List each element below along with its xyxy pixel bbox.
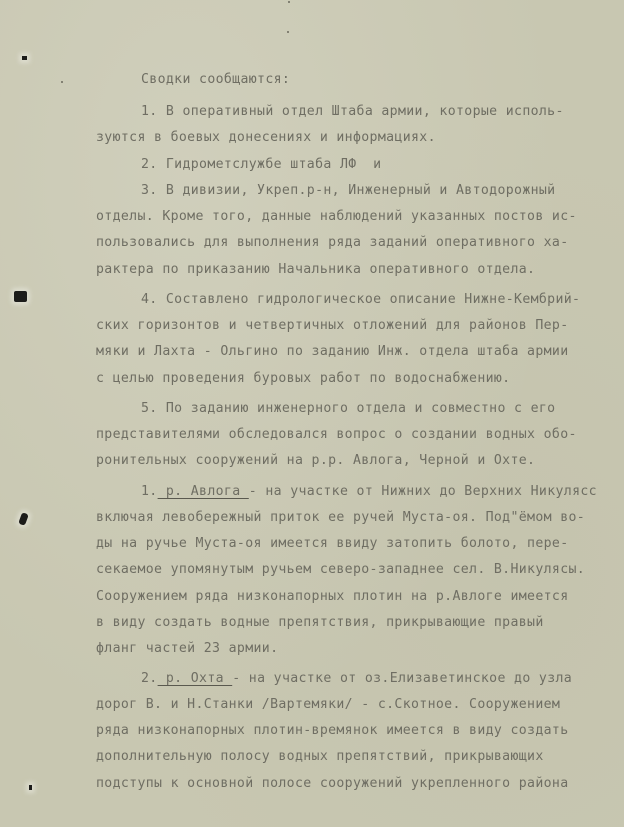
binder-hole-mark — [14, 291, 27, 302]
text-line: с целью проведения буровых работ по водо… — [96, 371, 510, 387]
text-line: рактера по приказанию Начальника операти… — [96, 262, 535, 278]
text-line: ских горизонтов и четвертичных отложений… — [96, 318, 569, 334]
paper-speck — [287, 31, 289, 33]
text-line: дополнительную полосу водных препятствий… — [96, 749, 544, 765]
text-line: 4. Составлено гидрологическое описание Н… — [141, 292, 580, 308]
text-line: дорог В. и Н.Станки /Вартемяки/ - с.Скот… — [96, 697, 560, 713]
text-line: Сооружением ряда низконапорных плотин на… — [96, 589, 569, 605]
text-line: отделы. Кроме того, данные наблюдений ук… — [96, 209, 577, 225]
text-line: 5. По заданию инженерного отдела и совме… — [141, 401, 555, 417]
section-heading-river-avloga: р. Авлога — [158, 484, 249, 499]
text-line: ды на ручье Муста-оя имеется ввиду затоп… — [96, 536, 569, 552]
section-number: 1. — [141, 484, 158, 499]
paper-speck — [288, 1, 290, 3]
section-2-heading-line: 2. р. Охта - на участке от оз.Елизаветин… — [141, 671, 572, 687]
section-number: 2. — [141, 671, 158, 686]
section-heading-river-okhta: р. Охта — [158, 671, 233, 686]
binder-hole-mark — [29, 785, 32, 790]
section-1-heading-line: 1. р. Авлога - на участке от Нижних до В… — [141, 484, 597, 500]
text-line: зуются в боевых донесениях и информациях… — [96, 130, 436, 146]
paper-speck — [61, 81, 63, 83]
section-text: - на участке от Нижних до Верхних Никуля… — [249, 484, 597, 499]
text-line: включая левобережный приток ее ручей Мус… — [96, 510, 585, 526]
text-line: пользовались для выполнения ряда заданий… — [96, 235, 569, 251]
scanned-document-page: Сводки сообщаются: 1. В оперативный отде… — [0, 0, 624, 827]
text-line: в виду создать водные препятствия, прикр… — [96, 615, 544, 631]
text-line: представителями обследовался вопрос о со… — [96, 427, 577, 443]
text-line: мяки и Лахта - Ольгино по заданию Инж. о… — [96, 344, 569, 360]
text-line: 1. В оперативный отдел Штаба армии, кото… — [141, 104, 564, 120]
text-line: секаемое упомянутым ручьем северо-западн… — [96, 562, 585, 578]
intro-line: Сводки сообщаются: — [141, 72, 290, 88]
binder-hole-mark — [18, 512, 29, 526]
text-line: 2. Гидрометслужбе штаба ЛФ и — [141, 157, 381, 173]
text-line: 3. В дивизии, Укреп.р-н, Инженерный и Ав… — [141, 183, 555, 199]
text-line: ряда низконапорных плотин-времянок имеет… — [96, 723, 569, 739]
text-line: ронительных сооружений на р.р. Авлога, Ч… — [96, 453, 535, 469]
text-line: фланг частей 23 армии. — [96, 641, 278, 657]
text-line: подступы к основной полосе сооружений ук… — [96, 776, 569, 792]
section-text: - на участке от оз.Елизаветинское до узл… — [232, 671, 572, 686]
binder-hole-mark — [22, 56, 27, 60]
